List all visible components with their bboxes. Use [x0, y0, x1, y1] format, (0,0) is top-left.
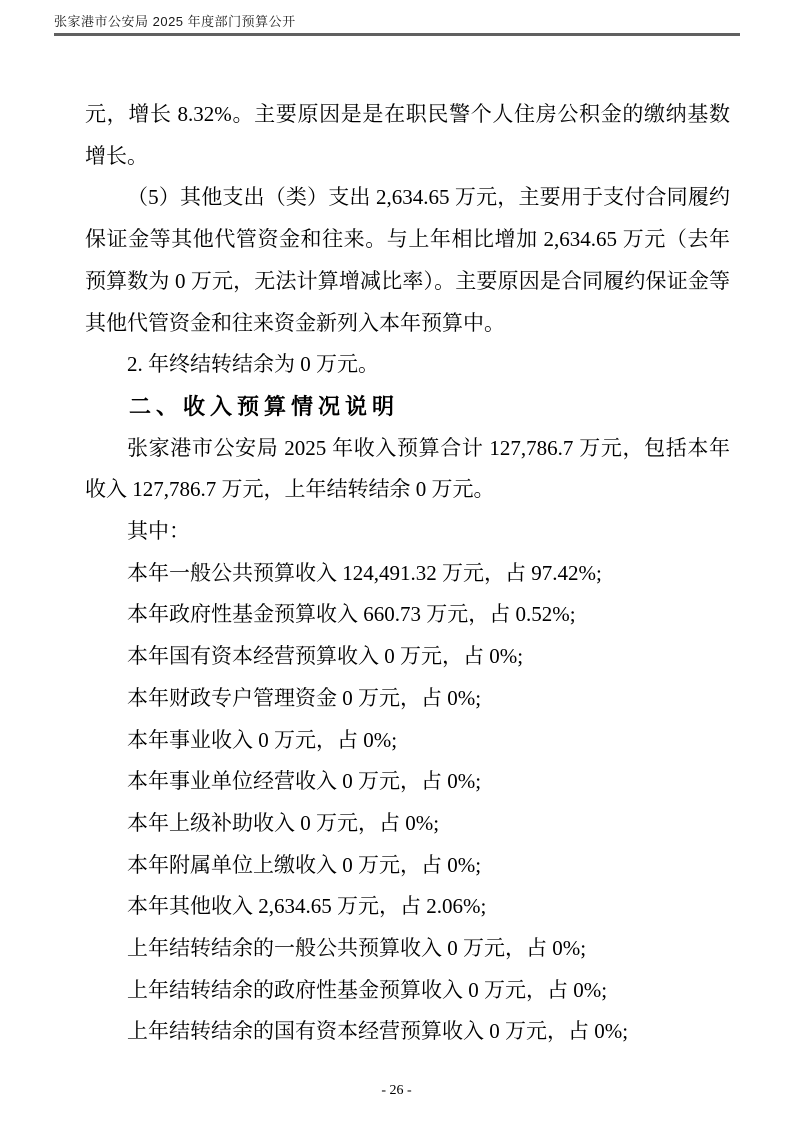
income-item-superior-subsidy: 本年上级补助收入 0 万元，占 0%;: [85, 803, 730, 845]
income-item-government-fund: 本年政府性基金预算收入 660.73 万元，占 0.52%;: [85, 594, 730, 636]
income-item-other-income: 本年其他收入 2,634.65 万元，占 2.06%;: [85, 886, 730, 928]
paragraph-income-summary: 张家港市公安局 2025 年收入预算合计 127,786.7 万元，包括本年收入…: [85, 428, 730, 511]
income-item-fiscal-account: 本年财政专户管理资金 0 万元，占 0%;: [85, 678, 730, 720]
income-item-state-capital: 本年国有资本经营预算收入 0 万元，占 0%;: [85, 636, 730, 678]
document-page: 张家港市公安局 2025 年度部门预算公开 元，增长 8.32%。主要原因是是在…: [0, 0, 793, 1122]
document-body: 元，增长 8.32%。主要原因是是在职民警个人住房公积金的缴纳基数增长。 （5）…: [85, 94, 730, 1053]
header-title: 张家港市公安局 2025 年度部门预算公开: [54, 14, 296, 30]
income-item-general-public-budget: 本年一般公共预算收入 124,491.32 万元，占 97.42%;: [85, 553, 730, 595]
paragraph-yearend-balance: 2. 年终结转结余为 0 万元。: [85, 344, 730, 386]
income-item-carryover-state-capital: 上年结转结余的国有资本经营预算收入 0 万元，占 0%;: [85, 1011, 730, 1053]
label-among-which: 其中：: [85, 511, 730, 553]
header-rule: [54, 33, 740, 36]
income-item-institutional-operating: 本年事业单位经营收入 0 万元，占 0%;: [85, 761, 730, 803]
page-number: - 26 -: [381, 1083, 411, 1098]
income-item-institutional: 本年事业收入 0 万元，占 0%;: [85, 720, 730, 762]
page-footer: - 26 -: [0, 1082, 793, 1100]
section-heading-income-budget: 二、收入预算情况说明: [85, 386, 730, 428]
paragraph-carryover: 元，增长 8.32%。主要原因是是在职民警个人住房公积金的缴纳基数增长。: [85, 94, 730, 177]
income-item-carryover-general-public: 上年结转结余的一般公共预算收入 0 万元，占 0%;: [85, 928, 730, 970]
income-item-carryover-government-fund: 上年结转结余的政府性基金预算收入 0 万元，占 0%;: [85, 970, 730, 1012]
income-item-affiliated-unit: 本年附属单位上缴收入 0 万元，占 0%;: [85, 845, 730, 887]
paragraph-other-expenditure: （5）其他支出（类）支出 2,634.65 万元，主要用于支付合同履约保证金等其…: [85, 177, 730, 344]
